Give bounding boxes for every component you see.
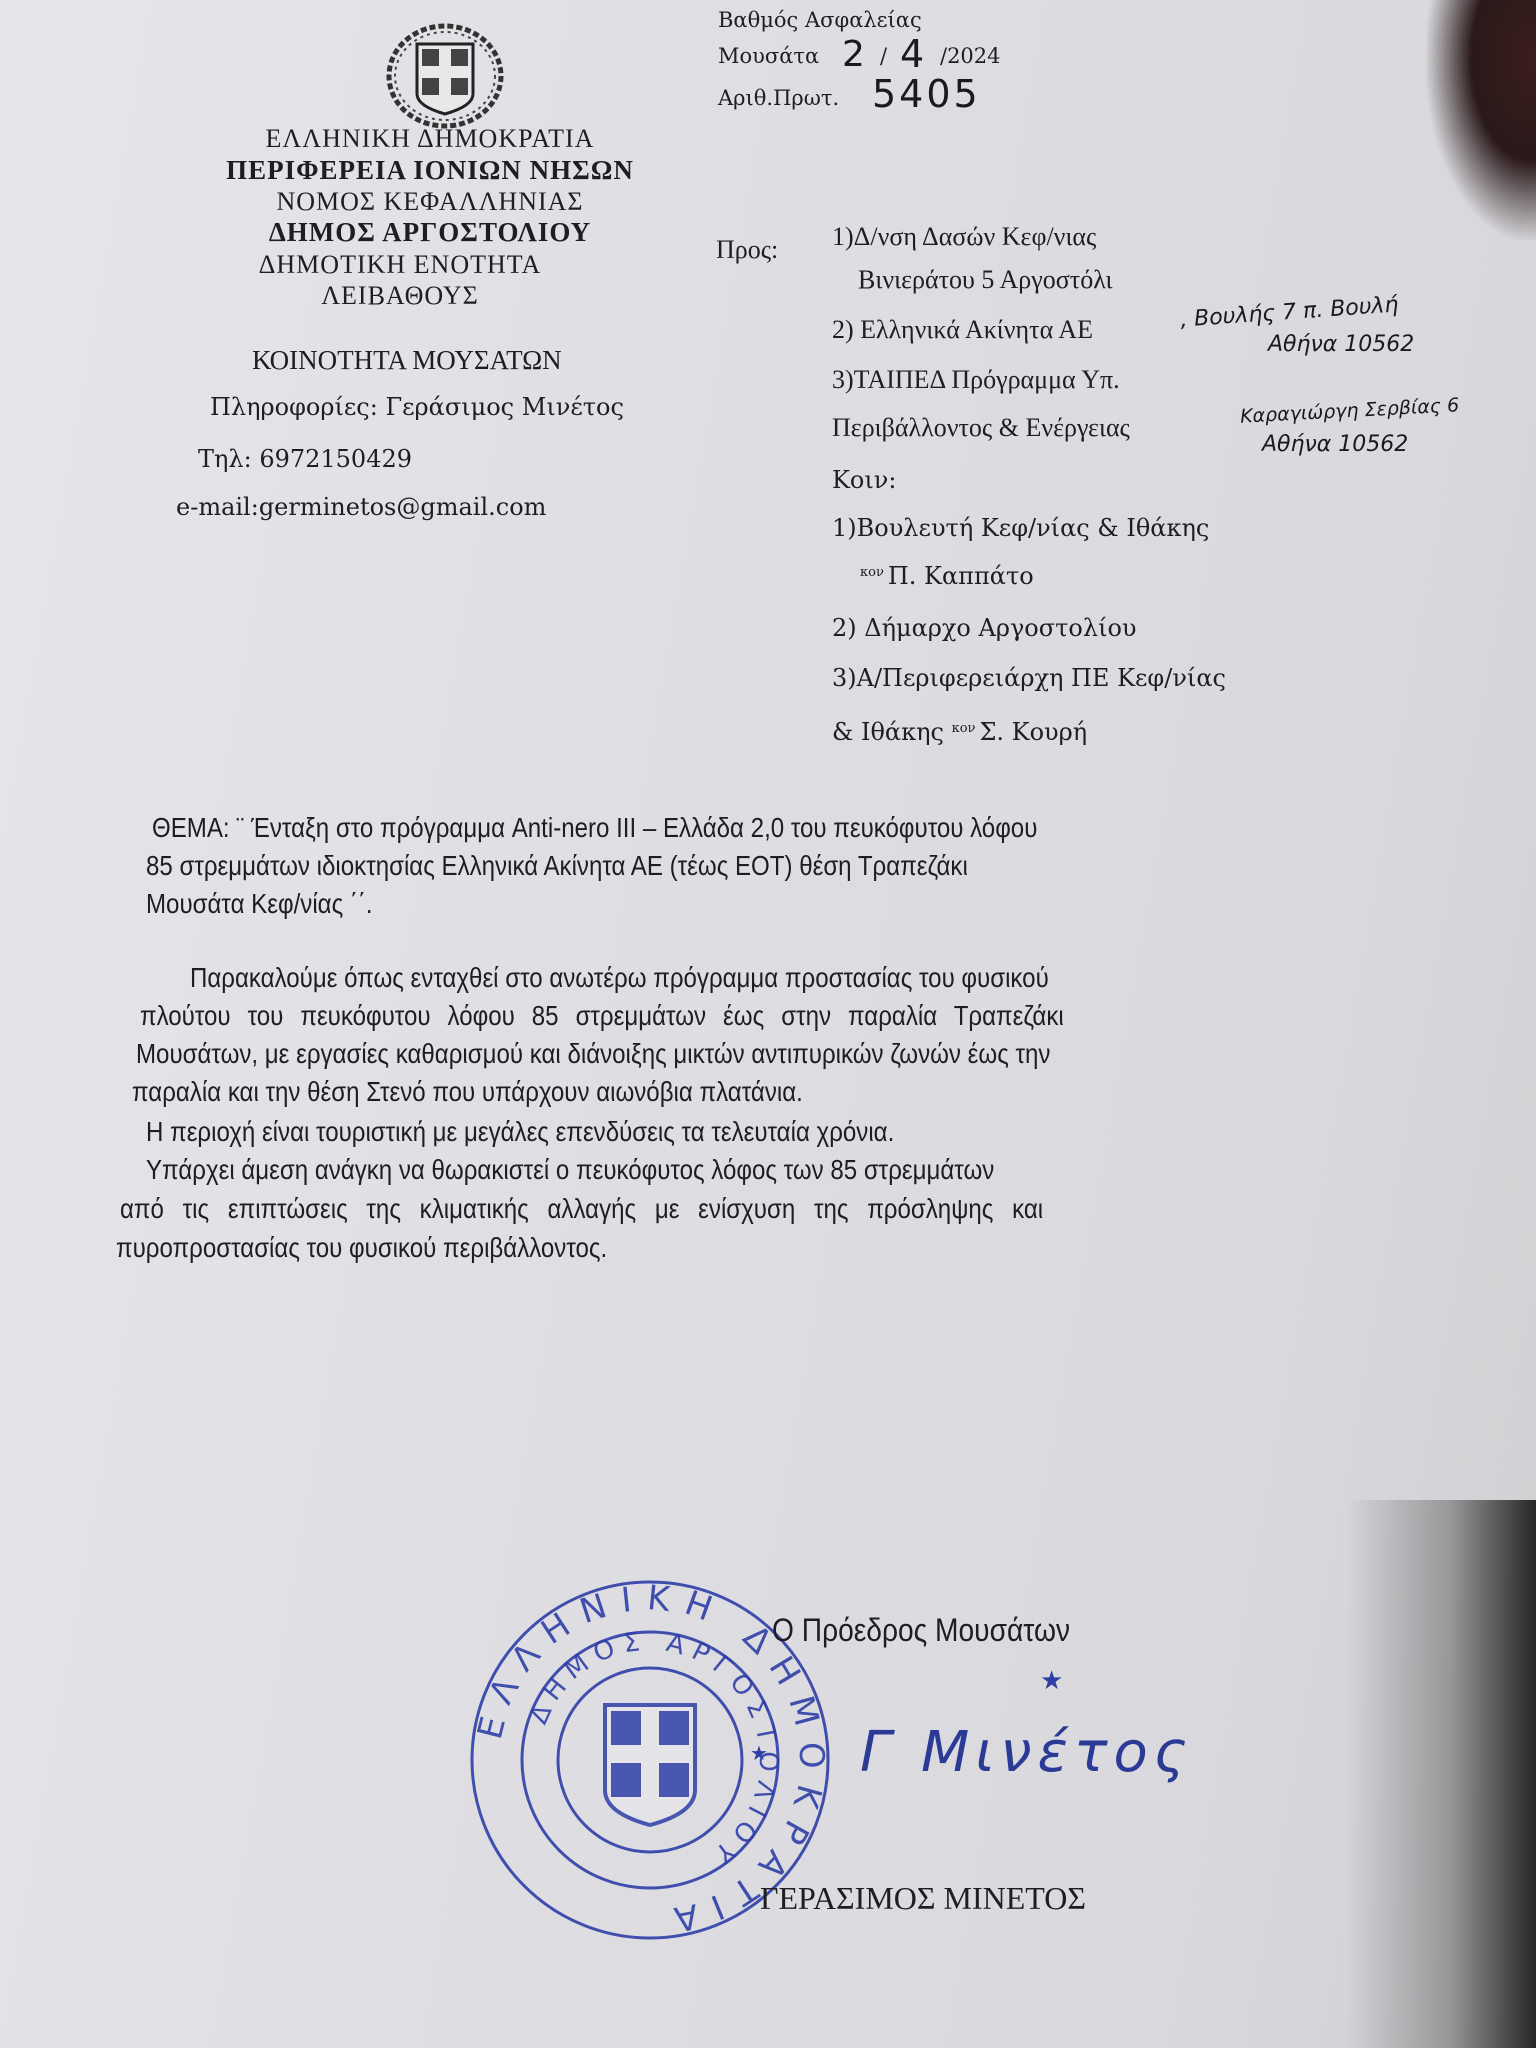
info-contact: Πληροφορίες: Γεράσιμος Μινέτος xyxy=(210,393,624,421)
letterhead-line: ΔΗΜΟΤΙΚΗ ΕΝΟΤΗΤΑ xyxy=(120,250,680,280)
date-day: 2 xyxy=(842,34,865,75)
email-link[interactable]: e-mail:germinetos@gmail.com xyxy=(176,493,546,521)
handwritten-address: , Βουλής 7 π. Βουλή xyxy=(1179,292,1399,332)
date-year: /2024 xyxy=(940,44,1001,68)
letterhead-line: ΛΕΙΒΑΘΟΥΣ xyxy=(120,281,680,311)
greek-coat-of-arms-icon xyxy=(385,22,505,130)
body-line: Υπάρχει άμεση ανάγκη να θωρακιστεί ο πευ… xyxy=(146,1154,994,1186)
photo-background-corner xyxy=(1426,0,1536,240)
letterhead-line: ΔΗΜΟΣ ΑΡΓΟΣΤΟΛΙΟΥ xyxy=(150,217,710,248)
phone: Τηλ: 6972150429 xyxy=(198,445,412,473)
cc-label: Κοιν: xyxy=(832,466,896,494)
body-line: Η περιοχή είναι τουριστική με μεγάλες επ… xyxy=(146,1116,894,1148)
body-line: παραλία και την θέση Στενό που υπάρχουν … xyxy=(132,1076,803,1108)
cc-line: 2) Δήμαρχο Αργοστολίου xyxy=(832,614,1137,642)
recipient-line: Βινιεράτου 5 Αργοστόλι xyxy=(858,265,1112,295)
handwritten-address: Αθήνα 10562 xyxy=(1268,332,1414,357)
star-icon: ★ xyxy=(1040,1666,1063,1696)
date-separator: / xyxy=(880,44,887,68)
signatory-title: Ο Πρόεδρος Μουσάτων xyxy=(772,1612,1070,1649)
date-month: 4 xyxy=(900,32,924,76)
honorific: κον xyxy=(952,721,976,736)
handwritten-address: Αθήνα 10562 xyxy=(1262,432,1408,457)
protocol-number: 5405 xyxy=(872,72,981,116)
date-prefix: Μουσάτα xyxy=(718,44,819,68)
protocol-label: Αριθ.Πρωτ. xyxy=(718,86,839,110)
letterhead-line: ΝΟΜΟΣ ΚΕΦΑΛΛΗΝΙΑΣ xyxy=(150,187,710,217)
body-line: Παρακαλούμε όπως ενταχθεί στο ανωτέρω πρ… xyxy=(190,962,1049,994)
cc-line-part: & Ιθάκης xyxy=(832,718,944,746)
body-line: πλούτου του πευκόφυτου λόφου 85 στρεμμάτ… xyxy=(140,1000,1064,1032)
cc-name: Π. Καππάτο xyxy=(888,562,1034,590)
cc-name: Σ. Κουρή xyxy=(979,718,1087,746)
letterhead-line: ΕΛΛΗΝΙΚΗ ΔΗΜΟΚΡΑΤΙΑ xyxy=(150,124,710,154)
recipient-line: 3)ΤΑΙΠΕΔ Πρόγραμμα Υπ. xyxy=(832,365,1120,395)
cc-line: 3)Α/Περιφερειάρχη ΠΕ Κεφ/νίας xyxy=(832,664,1226,692)
subject-line: 85 στρεμμάτων ιδιοκτησίας Ελληνικά Ακίνη… xyxy=(146,850,968,882)
to-label: Προς: xyxy=(716,235,778,265)
subject-line: Μουσάτα Κεφ/νίας ΄΄. xyxy=(146,888,373,920)
recipient-line: 2) Ελληνικά Ακίνητα ΑΕ xyxy=(832,315,1093,345)
body-line: από τις επιπτώσεις της κλιματικής αλλαγή… xyxy=(120,1193,1043,1225)
letterhead-line: ΠΕΡΙΦΕΡΕΙΑ ΙΟΝΙΩΝ ΝΗΣΩΝ xyxy=(150,155,710,186)
honorific: κον xyxy=(860,565,884,580)
cc-line: κονΠ. Καππάτο xyxy=(860,562,1034,590)
svg-text:★: ★ xyxy=(750,1741,768,1765)
recipient-line: Περιβάλλοντος & Ενέργειας xyxy=(832,413,1130,443)
community-name: ΚΟΙΝΟΤΗΤΑ ΜΟΥΣΑΤΩΝ xyxy=(252,345,562,376)
photo-shadow xyxy=(1346,1500,1536,2048)
handwritten-address: Καραγιώργη Σερβίας 6 xyxy=(1240,394,1460,427)
handwritten-signature: Γ Μινέτος xyxy=(860,1720,1193,1785)
subject-line: ΘΕΜΑ: ¨ Ένταξη στο πρόγραμμα Anti-nero I… xyxy=(152,812,1037,844)
recipient-line: 1)Δ/νση Δασών Κεφ/νιας xyxy=(832,222,1096,252)
security-grade-label: Βαθμός Ασφαλείας xyxy=(718,8,922,32)
body-line: Μουσάτων, με εργασίες καθαρισμού και διά… xyxy=(136,1038,1050,1070)
signatory-name: ΓΕΡΑΣΙΜΟΣ ΜΙΝΕΤΟΣ xyxy=(760,1880,1086,1917)
cc-line: & Ιθάκης κονΣ. Κουρή xyxy=(832,718,1087,746)
cc-line: 1)Βουλευτή Κεφ/νίας & Ιθάκης xyxy=(832,514,1209,542)
body-line: πυροπροστασίας του φυσικού περιβάλλοντος… xyxy=(116,1232,607,1264)
